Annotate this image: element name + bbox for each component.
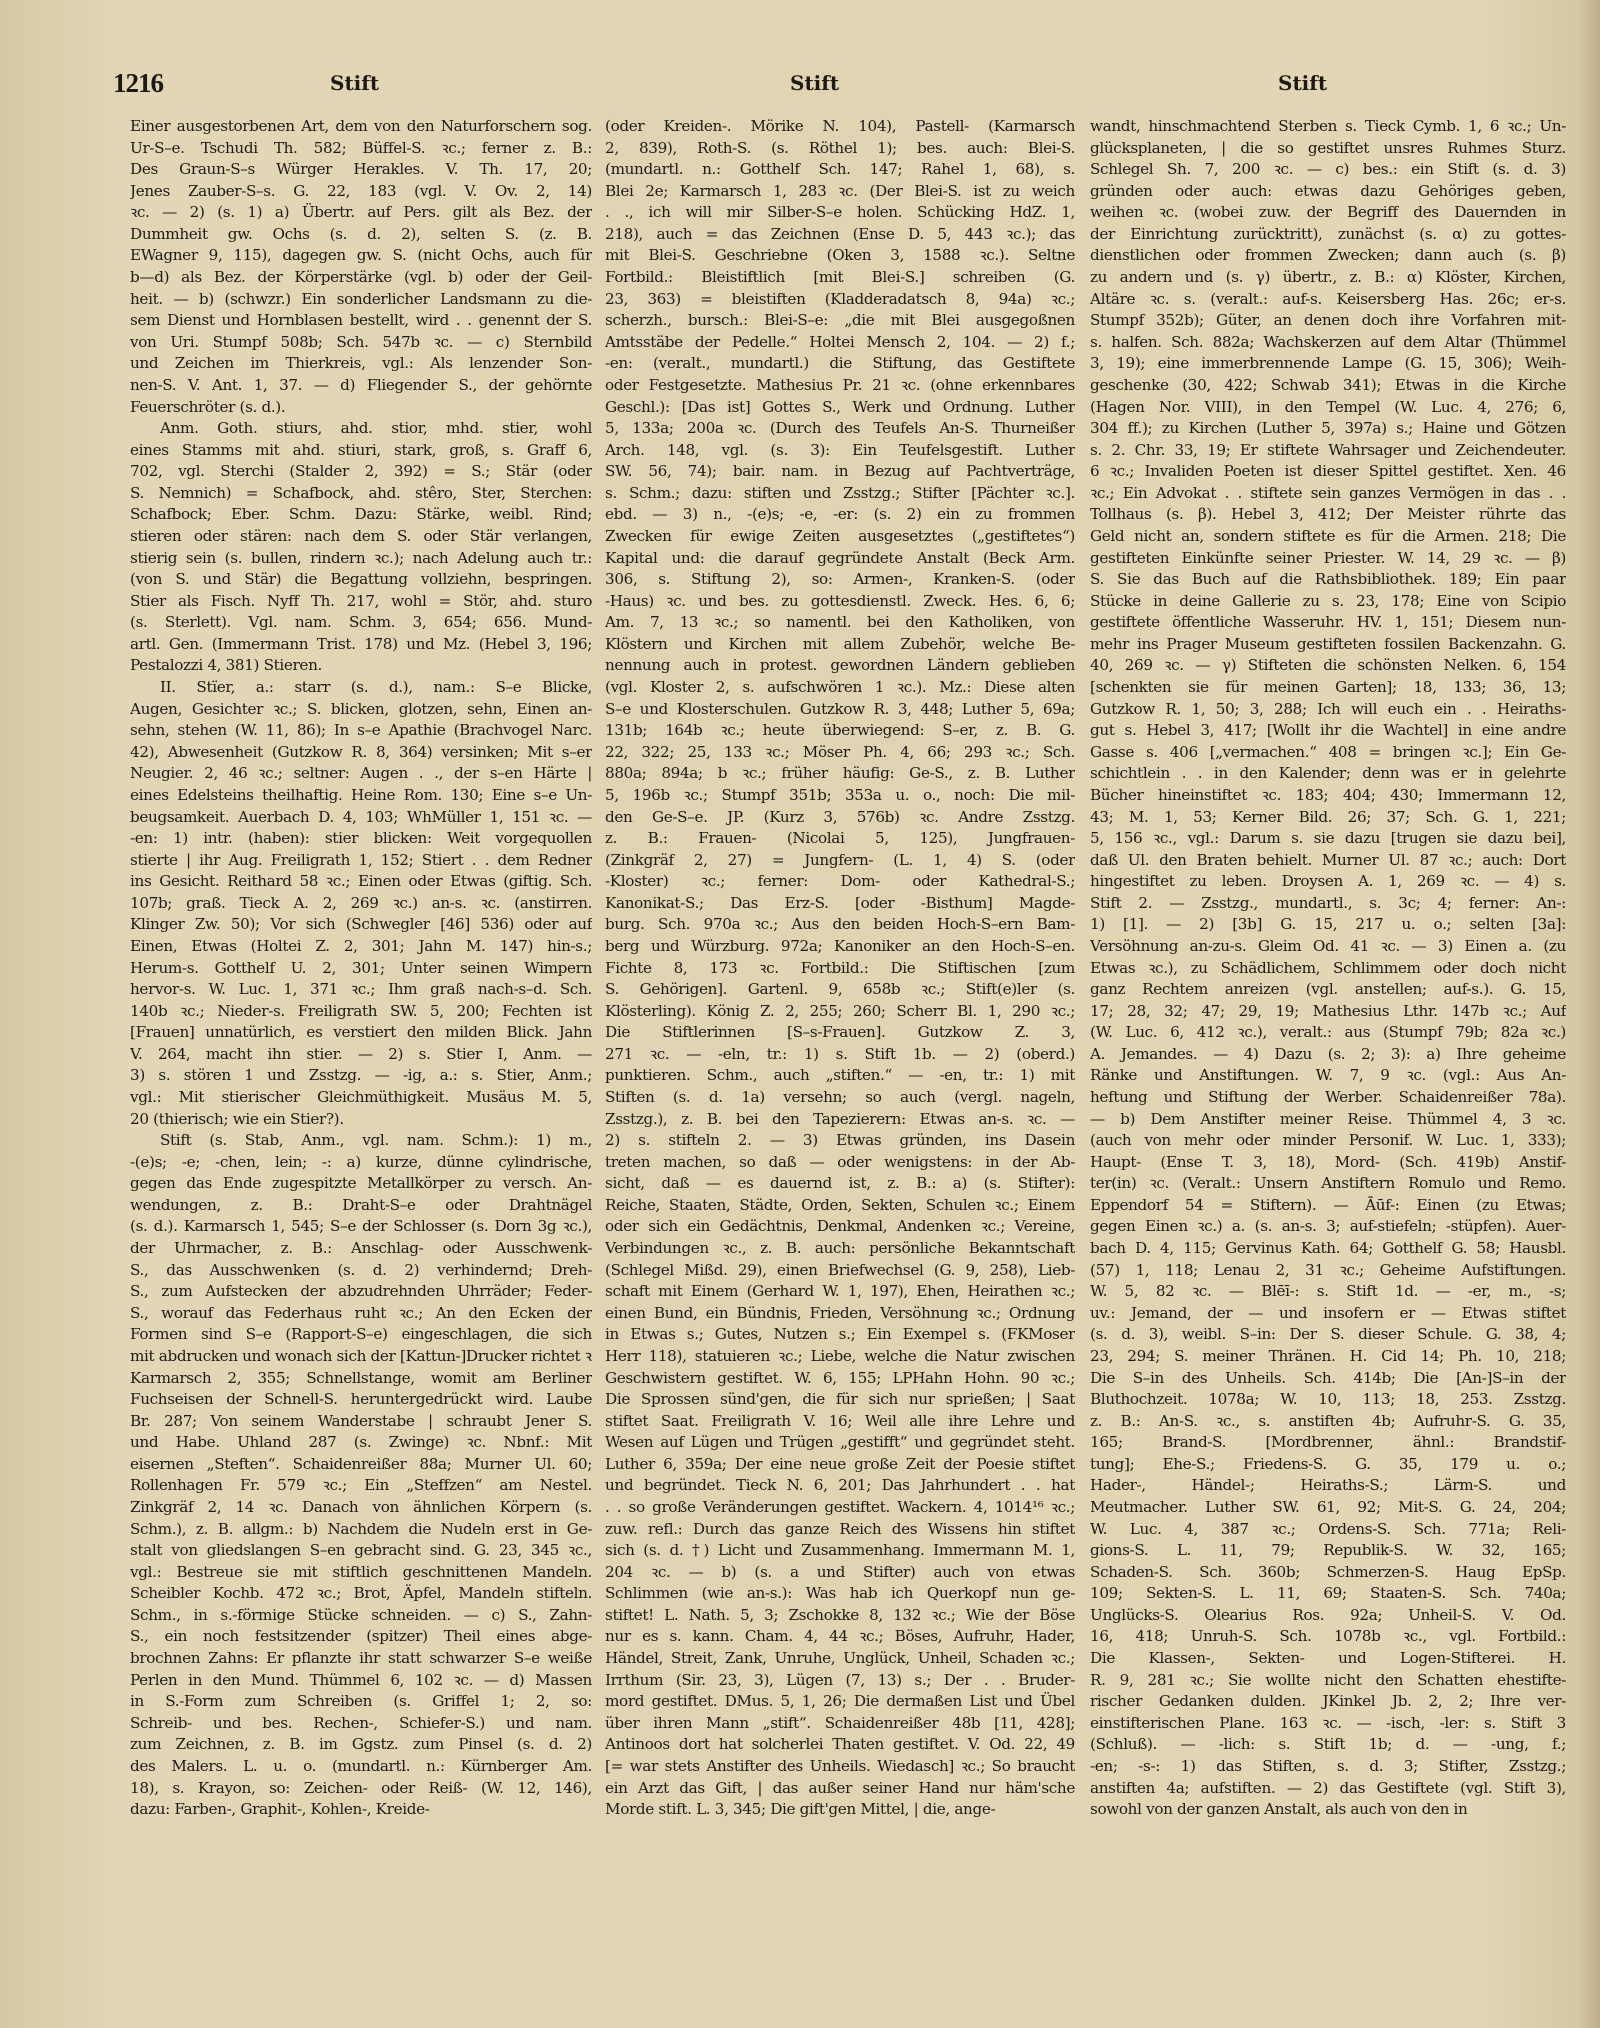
text-line: Ur-S–e. Tschudi Th. 582; Büffel-S. ꝛc.; … bbox=[130, 138, 592, 160]
text-line: Die S–in des Unheils. Sch. 414b; Die [An… bbox=[1090, 1368, 1566, 1390]
text-line: Fichte 8, 173 ꝛc. Fortbild.: Die Stiftis… bbox=[605, 958, 1075, 980]
text-line: [Frauen] unnatürlich, es verstiert den m… bbox=[130, 1022, 592, 1044]
text-line: sicht, daß — es dauernd ist, z. B.: a) (… bbox=[605, 1173, 1075, 1195]
text-line: 1) [1]. — 2) [3b] G. 15, 217 u. o.; selt… bbox=[1090, 914, 1566, 936]
text-line: den Ge-S–e. JP. (Kurz 3, 576b) ꝛc. Andre… bbox=[605, 807, 1075, 829]
text-line: ꝛc. — 2) (s. 1) a) Übertr. auf Pers. gil… bbox=[130, 202, 592, 224]
text-line: burg. Sch. 970a ꝛc.; Aus den beiden Hoch… bbox=[605, 914, 1075, 936]
text-line: (s. Sterlett). Vgl. nam. Schm. 3, 654; 6… bbox=[130, 612, 592, 634]
text-line: 2) s. stifteln 2. — 3) Etwas gründen, in… bbox=[605, 1130, 1075, 1152]
text-line: Zsstzg.), z. B. bei den Tapezierern: Etw… bbox=[605, 1109, 1075, 1131]
text-line: eisernen „Steften“. Schaidenreißer 88a; … bbox=[130, 1454, 592, 1476]
text-line: 107b; graß. Tieck A. 2, 269 ꝛc.) an-s. ꝛ… bbox=[130, 893, 592, 915]
text-line: Meutmacher. Luther SW. 61, 92; Mit-S. G.… bbox=[1090, 1497, 1566, 1519]
text-line: -Haus) ꝛc. und bes. zu gottesdienstl. Zw… bbox=[605, 591, 1075, 613]
text-line: Kanonikat-S.; Das Erz-S. [oder -Bisthum]… bbox=[605, 893, 1075, 915]
text-line: A. Jemandes. — 4) Dazu (s. 2; 3): a) Ihr… bbox=[1090, 1044, 1566, 1066]
text-line: V. 264, macht ihn stier. — 2) s. Stier I… bbox=[130, 1044, 592, 1066]
text-line: treten machen, so daß — oder wenigstens:… bbox=[605, 1152, 1075, 1174]
text-line: der Uhrmacher, z. B.: Anschlag- oder Aus… bbox=[130, 1238, 592, 1260]
text-line: -en; -s-: 1) das Stiften, s. d. 3; Stift… bbox=[1090, 1756, 1566, 1778]
text-line: Klöstern und Kirchen mit allem Zubehör, … bbox=[605, 634, 1075, 656]
running-head-center: Stift bbox=[790, 71, 839, 95]
text-line: wendungen, z. B.: Draht-S–e oder Drahtnä… bbox=[130, 1195, 592, 1217]
text-line: Altäre ꝛc. s. (veralt.: auf-s. Keisersbe… bbox=[1090, 289, 1566, 311]
text-line: oder sich ein Gedächtnis, Denkmal, Anden… bbox=[605, 1216, 1075, 1238]
text-line: mit abdrucken und wonach sich der [Kattu… bbox=[130, 1346, 592, 1368]
text-line: Schlimmen (wie an-s.): Was hab ich Querk… bbox=[605, 1583, 1075, 1605]
text-line: -(e)s; -e; -chen, lein; -: a) kurze, dün… bbox=[130, 1152, 592, 1174]
text-line: mehr ins Prager Museum gestifteten fossi… bbox=[1090, 634, 1566, 656]
text-line: glücksplaneten, | die so gestiftet unsre… bbox=[1090, 138, 1566, 160]
text-line: 109; Sekten-S. L. 11, 69; Staaten-S. Sch… bbox=[1090, 1583, 1566, 1605]
text-line: gestiftete öffentliche Wasseruhr. HV. 1,… bbox=[1090, 612, 1566, 634]
text-line: Schreib- und bes. Rechen-, Schiefer-S.) … bbox=[130, 1713, 592, 1735]
dictionary-column-3: wandt, hinschmachtend Sterben s. Tieck C… bbox=[1090, 116, 1566, 1821]
text-line: Klinger Zw. 50); Vor sich (Schwegler [46… bbox=[130, 914, 592, 936]
text-line: (von S. und Stär) die Begattung vollzieh… bbox=[130, 569, 592, 591]
text-line: R. 9, 281 ꝛc.; Sie wollte nicht den Scha… bbox=[1090, 1670, 1566, 1692]
text-line: 42), Abwesenheit (Gutzkow R. 8, 364) ver… bbox=[130, 742, 592, 764]
text-line: 880a; 894a; b ꝛc.; früher häufig: Ge-S.,… bbox=[605, 763, 1075, 785]
text-line: von Uri. Stumpf 508b; Sch. 547b ꝛc. — c)… bbox=[130, 332, 592, 354]
text-line: einstifterischen Plane. 163 ꝛc. — -isch,… bbox=[1090, 1713, 1566, 1735]
text-line: 16, 418; Unruh-S. Sch. 1078b ꝛc., vgl. F… bbox=[1090, 1626, 1566, 1648]
text-line: Herum-s. Gotthelf U. 2, 301; Unter seine… bbox=[130, 958, 592, 980]
text-line: stalt von gliedslangen S–en gebracht sin… bbox=[130, 1540, 592, 1562]
text-line: Geschl.): [Das ist] Gottes S., Werk und … bbox=[605, 397, 1075, 419]
text-line: Schafbock; Eber. Schm. Dazu: Stärke, wei… bbox=[130, 504, 592, 526]
text-line: 218), auch = das Zeichnen (Ense D. 5, 44… bbox=[605, 224, 1075, 246]
text-line: Hader-, Händel-; Heiraths-S.; Lärm-S. un… bbox=[1090, 1475, 1566, 1497]
text-line: sowohl von der ganzen Anstalt, als auch … bbox=[1090, 1799, 1566, 1821]
text-line: 165; Brand-S. [Mordbrenner, ähnl.: Brand… bbox=[1090, 1432, 1566, 1454]
text-line: Zwecken für ewige Zeiten ausgesetztes („… bbox=[605, 526, 1075, 548]
text-line: Luther 6, 359a; Der eine neue große Zeit… bbox=[605, 1454, 1075, 1476]
text-line: brochnen Zahns: Er pflanzte ihr statt sc… bbox=[130, 1648, 592, 1670]
text-line: Br. 287; Von seinem Wanderstabe | schrau… bbox=[130, 1411, 592, 1433]
text-line: 17; 28, 32; 47; 29, 19; Mathesius Lthr. … bbox=[1090, 1001, 1566, 1023]
text-line: Klösterling). König Z. 2, 255; 260; Sche… bbox=[605, 1001, 1075, 1023]
text-line: 23, 294; S. meiner Thränen. H. Cid 14; P… bbox=[1090, 1346, 1566, 1368]
text-line: S. Gehörigen]. Gartenl. 9, 658b ꝛc.; Sti… bbox=[605, 979, 1075, 1001]
text-line: Stiften (s. d. 1a) versehn; so auch (ver… bbox=[605, 1087, 1075, 1109]
text-line: Fortbild.: Bleistiftlich [mit Blei-S.] s… bbox=[605, 267, 1075, 289]
text-line: des Malers. L. u. o. (mundartl. n.: Kürn… bbox=[130, 1756, 592, 1778]
text-line: nen-S. V. Ant. 1, 37. — d) Fliegender S.… bbox=[130, 375, 592, 397]
text-line: Einer ausgestorbenen Art, dem von den Na… bbox=[130, 116, 592, 138]
text-line: . ., ich will mir Silber-S–e holen. Schü… bbox=[605, 202, 1075, 224]
text-line: (mundartl. n.: Gotthelf Sch. 147; Rahel … bbox=[605, 159, 1075, 181]
text-line: ꝛc.; Ein Advokat . . stiftete sein ganze… bbox=[1090, 483, 1566, 505]
text-line: stierig sein (s. bullen, rindern ꝛc.); n… bbox=[130, 548, 592, 570]
text-line: vgl.: Bestreue sie mit stiftlich geschni… bbox=[130, 1562, 592, 1584]
text-line: in Etwas s.; Gutes, Nutzen s.; Ein Exemp… bbox=[605, 1324, 1075, 1346]
text-line: nennung auch in protest. gewordnen Lände… bbox=[605, 655, 1075, 677]
text-line: Bluthochzeit. 1078a; W. 10, 113; 18, 253… bbox=[1090, 1389, 1566, 1411]
text-line: eines Edelsteins theilhaftig. Heine Rom.… bbox=[130, 785, 592, 807]
text-line: gestifteten Einkünfte seiner Priester. W… bbox=[1090, 548, 1566, 570]
text-line: Tollhaus (s. β). Hebel 3, 412; Der Meist… bbox=[1090, 504, 1566, 526]
text-line: Geld nicht an, sondern stiftete es für d… bbox=[1090, 526, 1566, 548]
text-line: 20 (thierisch; wie ein Stier?). bbox=[130, 1109, 592, 1131]
text-line: . . so große Veränderungen gestiftet. Wa… bbox=[605, 1497, 1075, 1519]
text-line: zu andern und (s. γ) übertr., z. B.: α) … bbox=[1090, 267, 1566, 289]
text-line: stiftet Saat. Freiligrath V. 16; Weil al… bbox=[605, 1411, 1075, 1433]
text-line: Eppendorf 54 = Stiftern). — Āūf-: Einen … bbox=[1090, 1195, 1566, 1217]
page-number: 1216 bbox=[113, 68, 163, 99]
text-line: b—d) als Bez. der Körperstärke (vgl. b) … bbox=[130, 267, 592, 289]
text-line: Schlegel Sh. 7, 200 ꝛc. — c) bes.: ein S… bbox=[1090, 159, 1566, 181]
text-line: zuw. refl.: Durch das ganze Reich des Wi… bbox=[605, 1519, 1075, 1541]
text-line: Einen, Etwas (Holtei Z. 2, 301; Jahn M. … bbox=[130, 936, 592, 958]
text-line: Verbindungen ꝛc., z. B. auch: persönlich… bbox=[605, 1238, 1075, 1260]
text-line: (Hagen Nor. VIII), in den Tempel (W. Luc… bbox=[1090, 397, 1566, 419]
text-line: hervor-s. W. Luc. 1, 371 ꝛc.; Ihm graß n… bbox=[130, 979, 592, 1001]
text-line: berg und Würzburg. 972a; Kanoniker an de… bbox=[605, 936, 1075, 958]
text-line: beugsamkeit. Auerbach D. 4, 103; WhMülle… bbox=[130, 807, 592, 829]
text-line: (s. d. 3), weibl. S–in: Der S. dieser Sc… bbox=[1090, 1324, 1566, 1346]
text-line: 702, vgl. Sterchi (Stalder 2, 392) = S.;… bbox=[130, 461, 592, 483]
text-line: Gutzkow R. 1, 50; 3, 288; Ich will euch … bbox=[1090, 699, 1566, 721]
text-line: nur es s. kann. Cham. 4, 44 ꝛc.; Böses, … bbox=[605, 1626, 1075, 1648]
text-line: [= war stets Anstifter des Unheils. Wied… bbox=[605, 1756, 1075, 1778]
text-line: S., das Ausschwenken (s. d. 2) verhinder… bbox=[130, 1260, 592, 1282]
text-line: Anm. Goth. stiurs, ahd. stior, mhd. stie… bbox=[130, 418, 592, 440]
text-line: 131b; 164b ꝛc.; heute überwiegend: S–er,… bbox=[605, 720, 1075, 742]
text-line: ganz Rechtem anreizen (vgl. anstellen; a… bbox=[1090, 979, 1566, 1001]
text-line: Perlen in den Mund. Thümmel 6, 102 ꝛc. —… bbox=[130, 1670, 592, 1692]
text-line: Formen sind S–e (Rapport-S–e) eingeschla… bbox=[130, 1324, 592, 1346]
text-line: Rollenhagen Fr. 579 ꝛc.; Ein „Steffzen“ … bbox=[130, 1475, 592, 1497]
text-line: oder Festgesetzte. Mathesius Pr. 21 ꝛc. … bbox=[605, 375, 1075, 397]
text-line: Händel, Streit, Zank, Unruhe, Unglück, U… bbox=[605, 1648, 1075, 1670]
text-line: tung]; Ehe-S.; Friedens-S. G. 35, 179 u.… bbox=[1090, 1454, 1566, 1476]
text-line: Wesen auf Lügen und Trügen „gestifft“ un… bbox=[605, 1432, 1075, 1454]
running-head-right: Stift bbox=[1278, 71, 1327, 95]
text-line: Stücke in deine Gallerie zu s. 23, 178; … bbox=[1090, 591, 1566, 613]
text-line: Die Sprossen sünd'gen, die für sich nur … bbox=[605, 1389, 1075, 1411]
page-header: 1216 Stift Stift Stift bbox=[0, 68, 1600, 108]
text-line: 5, 156 ꝛc., vgl.: Darum s. sie dazu [tru… bbox=[1090, 828, 1566, 850]
text-line: 140b ꝛc.; Nieder-s. Freiligrath SW. 5, 2… bbox=[130, 1001, 592, 1023]
text-line: (Schluß). — -lich: s. Stift 1b; d. — -un… bbox=[1090, 1734, 1566, 1756]
text-line: ein Arzt das Gift, | das außer seiner Ha… bbox=[605, 1778, 1075, 1800]
text-line: Unglücks-S. Olearius Ros. 92a; Unheil-S.… bbox=[1090, 1605, 1566, 1627]
text-line: schaft mit Einem (Gerhard W. 1, 197), Eh… bbox=[605, 1281, 1075, 1303]
text-line: Kapital und: die darauf gegründete Ansta… bbox=[605, 548, 1075, 570]
text-line: S., worauf das Federhaus ruht ꝛc.; An de… bbox=[130, 1303, 592, 1325]
text-line: 304 ff.); zu Kirchen (Luther 5, 397a) s.… bbox=[1090, 418, 1566, 440]
text-line: gegen das Ende zugespitzte Metallkörper … bbox=[130, 1173, 592, 1195]
text-line: Gasse s. 406 [„vermachen.“ 408 = bringen… bbox=[1090, 742, 1566, 764]
text-line: Augen, Gesichter ꝛc.; S. blicken, glotze… bbox=[130, 699, 592, 721]
text-line: z. B.: An-S. ꝛc., s. anstiften 4b; Aufru… bbox=[1090, 1411, 1566, 1433]
text-line: Karmarsch 2, 355; Schnellstange, womit a… bbox=[130, 1368, 592, 1390]
text-line: geschenke (30, 422; Schwab 341); Etwas i… bbox=[1090, 375, 1566, 397]
text-line: über ihren Mann „stift“. Schaidenreißer … bbox=[605, 1713, 1075, 1735]
text-line: Die Klassen-, Sekten- und Logen-Stiftere… bbox=[1090, 1648, 1566, 1670]
text-line: wandt, hinschmachtend Sterben s. Tieck C… bbox=[1090, 116, 1566, 138]
text-line: Pestalozzi 4, 381) Stieren. bbox=[130, 655, 592, 677]
text-line: W. 5, 82 ꝛc. — Blēī-: s. Stift 1d. — -er… bbox=[1090, 1281, 1566, 1303]
text-line: eines Stamms mit ahd. stiuri, stark, gro… bbox=[130, 440, 592, 462]
text-line: Stier als Fisch. Nyff Th. 217, wohl = St… bbox=[130, 591, 592, 613]
text-line: (oder Kreiden-. Mörike N. 104), Pastell-… bbox=[605, 116, 1075, 138]
text-line: z. B.: Frauen- (Nicolai 5, 125), Jungfra… bbox=[605, 828, 1075, 850]
text-line: 5, 196b ꝛc.; Stumpf 351b; 353a u. o., no… bbox=[605, 785, 1075, 807]
text-line: einen Bund, ein Bündnis, Frieden, Versöh… bbox=[605, 1303, 1075, 1325]
text-line: SW. 56, 74); bair. nam. in Bezug auf Pac… bbox=[605, 461, 1075, 483]
page-edge-shadow bbox=[1578, 0, 1600, 2028]
text-line: 5, 133a; 200a ꝛc. (Durch des Teufels An-… bbox=[605, 418, 1075, 440]
text-line: (Schlegel Mißd. 29), einen Briefwechsel … bbox=[605, 1260, 1075, 1282]
text-line: s. halfen. Sch. 882a; Wachskerzen auf de… bbox=[1090, 332, 1566, 354]
text-line: der Einrichtung zurücktritt), zunächst (… bbox=[1090, 224, 1566, 246]
text-line: Neugier. 2, 46 ꝛc.; seltner: Augen . ., … bbox=[130, 763, 592, 785]
text-line: rischer Gedanken dulden. JKinkel Jb. 2, … bbox=[1090, 1691, 1566, 1713]
text-line: -en: (veralt., mundartl.) die Stiftung, … bbox=[605, 353, 1075, 375]
text-line: ebd. — 3) n., -(e)s; -e, -er: (s. 2) ein… bbox=[605, 504, 1075, 526]
text-line: Arch. 148, vgl. (s. 3): Ein Teufelsgesti… bbox=[605, 440, 1075, 462]
text-line: S–e und Klosterschulen. Gutzkow R. 3, 44… bbox=[605, 699, 1075, 721]
text-line: gut s. Hebel 3, 417; [Wollt ihr die Wach… bbox=[1090, 720, 1566, 742]
text-line: Irrthum (Sir. 23, 3), Lügen (7, 13) s.; … bbox=[605, 1670, 1075, 1692]
text-line: dazu: Farben-, Graphit-, Kohlen-, Kreide… bbox=[130, 1799, 592, 1821]
text-line: Herr 118), statuieren ꝛc.; Liebe, welche… bbox=[605, 1346, 1075, 1368]
text-line: stieren oder stären: nach dem S. oder St… bbox=[130, 526, 592, 548]
text-line: stiftet! L. Nath. 5, 3; Zschokke 8, 132 … bbox=[605, 1605, 1075, 1627]
text-line: weihen ꝛc. (wobei zuw. der Begriff des D… bbox=[1090, 202, 1566, 224]
text-line: 43; M. 1, 53; Kerner Bild. 26; 37; Sch. … bbox=[1090, 807, 1566, 829]
text-line: -en: 1) intr. (haben): stier blicken: We… bbox=[130, 828, 592, 850]
text-line: Feuerschröter (s. d.). bbox=[130, 397, 592, 419]
text-line: sem Dienst und Hornblasen bestellt, wird… bbox=[130, 310, 592, 332]
text-line: Antinoos dort hat solcherlei Thaten gest… bbox=[605, 1734, 1075, 1756]
text-line: S. Sie das Buch auf die Rathsbibliothek.… bbox=[1090, 569, 1566, 591]
text-line: ins Gesicht. Reithard 58 ꝛc.; Einen oder… bbox=[130, 871, 592, 893]
text-line: (s. d.). Karmarsch 1, 545; S–e der Schlo… bbox=[130, 1216, 592, 1238]
text-line: stierte | ihr Aug. Freiligrath 1, 152; S… bbox=[130, 850, 592, 872]
text-line: Versöhnung an-zu-s. Gleim Od. 41 ꝛc. — 3… bbox=[1090, 936, 1566, 958]
text-line: Morde stift. L. 3, 345; Die gift'gen Mit… bbox=[605, 1799, 1075, 1821]
text-line: Stift 2. — Zsstzg., mundartl., s. 3c; 4;… bbox=[1090, 893, 1566, 915]
text-line: (W. Luc. 6, 412 ꝛc.), veralt.: aus (Stum… bbox=[1090, 1022, 1566, 1044]
text-line: Stumpf 352b); Güter, an denen doch ihre … bbox=[1090, 310, 1566, 332]
text-line: Amtsstäbe der Pedelle.“ Holtei Mensch 2,… bbox=[605, 332, 1075, 354]
text-line: artl. Gen. (Immermann Trist. 178) und Mz… bbox=[130, 634, 592, 656]
text-line: punktieren. Schm., auch „stiften.“ — -en… bbox=[605, 1065, 1075, 1087]
text-line: S. Nemnich) = Schafbock, ahd. stêro, Ste… bbox=[130, 483, 592, 505]
text-line: EWagner 9, 115), dagegen gw. S. (nicht O… bbox=[130, 245, 592, 267]
text-line: [schenkten sie für meinen Garten]; 18, 1… bbox=[1090, 677, 1566, 699]
text-line: heit. — b) (schwzr.) Ein sonderlicher La… bbox=[130, 289, 592, 311]
text-line: Schm.), z. B. allgm.: b) Nachdem die Nud… bbox=[130, 1519, 592, 1541]
text-line: uv.: Jemand, der — und insofern er — Etw… bbox=[1090, 1303, 1566, 1325]
text-line: Scheibler Kochb. 472 ꝛc.; Brot, Äpfel, M… bbox=[130, 1583, 592, 1605]
text-line: und begründet. Tieck N. 6, 201; Das Jahr… bbox=[605, 1475, 1075, 1497]
text-line: -Kloster) ꝛc.; ferner: Dom- oder Kathedr… bbox=[605, 871, 1075, 893]
text-line: Etwas ꝛc.), zu Schädlichem, Schlimmem od… bbox=[1090, 958, 1566, 980]
text-line: Dummheit gw. Ochs (s. d. 2), selten S. (… bbox=[130, 224, 592, 246]
text-line: 22, 322; 25, 133 ꝛc.; Möser Ph. 4, 66; 2… bbox=[605, 742, 1075, 764]
text-line: Die Stiftlerinnen [S–s-Frauen]. Gutzkow … bbox=[605, 1022, 1075, 1044]
text-line: sich (s. d. †) Licht und Zusammenhang. I… bbox=[605, 1540, 1075, 1562]
text-line: s. 2. Chr. 33, 19; Er stiftete Wahrsager… bbox=[1090, 440, 1566, 462]
text-line: Stift (s. Stab, Anm., vgl. nam. Schm.): … bbox=[130, 1130, 592, 1152]
text-line: und Habe. Uhland 287 (s. Zwinge) ꝛc. Nbn… bbox=[130, 1432, 592, 1454]
text-line: W. Luc. 4, 387 ꝛc.; Ordens-S. Sch. 771a;… bbox=[1090, 1519, 1566, 1541]
text-line: — b) Dem Anstifter meiner Reise. Thümmel… bbox=[1090, 1109, 1566, 1131]
text-line: (vgl. Kloster 2, s. aufschwören 1 ꝛc.). … bbox=[605, 677, 1075, 699]
text-line: mit Blei-S. Geschriebne (Oken 3, 1588 ꝛc… bbox=[605, 245, 1075, 267]
text-line: (57) 1, 118; Lenau 2, 31 ꝛc.; Geheime Au… bbox=[1090, 1260, 1566, 1282]
text-line: ter(in) ꝛc. (Veralt.: Unsern Anstiftern … bbox=[1090, 1173, 1566, 1195]
text-line: 2, 839), Roth-S. (s. Röthel 1); bes. auc… bbox=[605, 138, 1075, 160]
text-line: scherzh., bursch.: Blei-S–e: „die mit Bl… bbox=[605, 310, 1075, 332]
text-line: 204 ꝛc. — b) (s. a und Stifter) auch von… bbox=[605, 1562, 1075, 1584]
text-line: 18), s. Krayon, so: Zeichen- oder Reiß- … bbox=[130, 1778, 592, 1800]
text-line: 306, s. Stiftung 2), so: Armen-, Kranken… bbox=[605, 569, 1075, 591]
text-line: und Zeichen im Thierkreis, vgl.: Als len… bbox=[130, 353, 592, 375]
text-line: gegen Einen ꝛc.) a. (s. an-s. 3; auf-sti… bbox=[1090, 1216, 1566, 1238]
text-line: sehn, stehen (W. 11, 86); In s–e Apathie… bbox=[130, 720, 592, 742]
text-line: Blei 2e; Karmarsch 1, 283 ꝛc. (Der Blei-… bbox=[605, 181, 1075, 203]
text-line: vgl.: Mit stierischer Gleichmüthigkeit. … bbox=[130, 1087, 592, 1109]
text-line: in S.-Form zum Schreiben (s. Griffel 1; … bbox=[130, 1691, 592, 1713]
text-line: 23, 363) = bleistiften (Kladderadatsch 8… bbox=[605, 289, 1075, 311]
text-line: Schm., in s.-förmige Stücke schneiden. —… bbox=[130, 1605, 592, 1627]
text-line: II. Stïer, a.: starr (s. d.), nam.: S–e … bbox=[130, 677, 592, 699]
text-line: Des Graun-S–s Würger Herakles. V. Th. 17… bbox=[130, 159, 592, 181]
text-line: dienstlichen oder frommen Zwecken; dann … bbox=[1090, 245, 1566, 267]
text-line: Fuchseisen der Schnell-S. heruntergedrüc… bbox=[130, 1389, 592, 1411]
running-head-left: Stift bbox=[330, 71, 379, 95]
text-line: (Zinkgräf 2, 27) = Jungfern- (L. 1, 4) S… bbox=[605, 850, 1075, 872]
text-line: 3) s. stören 1 und Zsstzg. — -ig, a.: s.… bbox=[130, 1065, 592, 1087]
text-line: zum Zeichnen, z. B. im Ggstz. zum Pinsel… bbox=[130, 1734, 592, 1756]
text-line: 6 ꝛc.; Invaliden Poeten ist dieser Spitt… bbox=[1090, 461, 1566, 483]
text-line: Am. 7, 13 ꝛc.; so namentl. bei den Katho… bbox=[605, 612, 1075, 634]
text-line: gründen oder auch: etwas dazu Gehöriges … bbox=[1090, 181, 1566, 203]
text-line: heftung und Stiftung der Werber. Schaide… bbox=[1090, 1087, 1566, 1109]
text-line: Zinkgräf 2, 14 ꝛc. Danach von ähnlichen … bbox=[130, 1497, 592, 1519]
dictionary-column-1: Einer ausgestorbenen Art, dem von den Na… bbox=[130, 116, 592, 1821]
text-line: (auch von mehr oder minder Personif. W. … bbox=[1090, 1130, 1566, 1152]
text-line: Reiche, Staaten, Städte, Orden, Sekten, … bbox=[605, 1195, 1075, 1217]
text-line: bach D. 4, 115; Gervinus Kath. 64; Gotth… bbox=[1090, 1238, 1566, 1260]
text-line: Geschwistern gestiftet. W. 6, 155; LPHah… bbox=[605, 1368, 1075, 1390]
text-line: 40, 269 ꝛc. — γ) Stifteten die schönsten… bbox=[1090, 655, 1566, 677]
text-line: schichtlein . . in den Kalender; denn wa… bbox=[1090, 763, 1566, 785]
text-line: hingestiftet zu leben. Droysen A. 1, 269… bbox=[1090, 871, 1566, 893]
text-line: s. Schm.; dazu: stiften und Zsstzg.; Sti… bbox=[605, 483, 1075, 505]
text-line: gions-S. L. 11, 79; Republik-S. W. 32, 1… bbox=[1090, 1540, 1566, 1562]
text-line: Ränke und Anstiftungen. W. 7, 9 ꝛc. (vgl… bbox=[1090, 1065, 1566, 1087]
text-line: daß Ul. den Braten behielt. Murner Ul. 8… bbox=[1090, 850, 1566, 872]
text-line: Schaden-S. Sch. 360b; Schmerzen-S. Haug … bbox=[1090, 1562, 1566, 1584]
text-line: S., zum Aufstecken der abzudrehnden Uhrr… bbox=[130, 1281, 592, 1303]
text-line: S., ein noch festsitzender (spitzer) The… bbox=[130, 1626, 592, 1648]
text-line: anstiften 4a; aufstiften. — 2) das Gesti… bbox=[1090, 1778, 1566, 1800]
dictionary-column-2: (oder Kreiden-. Mörike N. 104), Pastell-… bbox=[605, 116, 1075, 1821]
text-line: mord gestiftet. DMus. 5, 1, 26; Die derm… bbox=[605, 1691, 1075, 1713]
text-line: Bücher hineinstiftet ꝛc. 183; 404; 430; … bbox=[1090, 785, 1566, 807]
text-line: 271 ꝛc. — -eln, tr.: 1) s. Stift 1b. — 2… bbox=[605, 1044, 1075, 1066]
text-line: Jenes Zauber-S–s. G. 22, 183 (vgl. V. Ov… bbox=[130, 181, 592, 203]
text-line: 3, 19); eine immerbrennende Lampe (G. 15… bbox=[1090, 353, 1566, 375]
text-line: Haupt- (Ense T. 3, 18), Mord- (Sch. 419b… bbox=[1090, 1152, 1566, 1174]
